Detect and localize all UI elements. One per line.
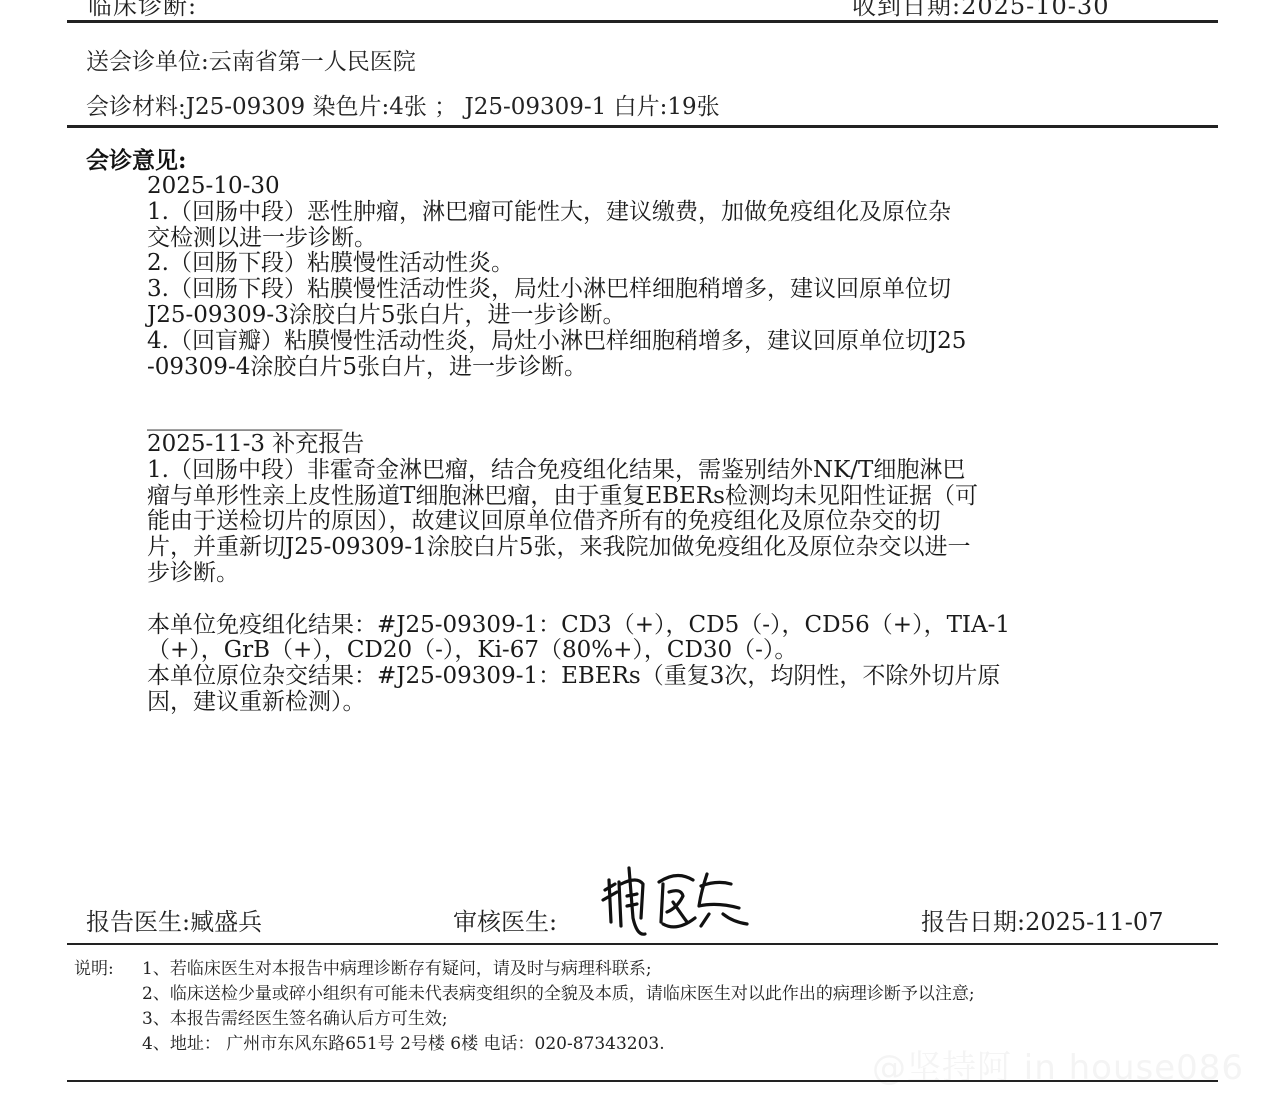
notes-section: 说明:1、若临床医生对本报告中病理诊断存有疑问，请及时与病理科联系; 2、临床送… bbox=[74, 957, 975, 1057]
report-separator: _________________ bbox=[147, 406, 1147, 432]
reviewing-doctor-label: 审核医生: bbox=[453, 902, 557, 937]
note-item: 3、本报告需经医生签名确认后方可生效; bbox=[142, 1009, 448, 1029]
note-item: 1、若临床医生对本报告中病理诊断存有疑问，请及时与病理科联系; bbox=[142, 959, 652, 979]
received-date: 收到日期:2025-10-30 bbox=[852, 0, 1109, 21]
report-date: 报告日期:2025-11-07 bbox=[921, 902, 1163, 937]
sending-unit: 送会诊单位:云南省第一人民医院 bbox=[86, 43, 416, 76]
clinical-diagnosis-label: 临床诊断: bbox=[88, 0, 197, 21]
blank-line bbox=[147, 380, 1147, 406]
initial-report-line: J25-09309-3涂胶白片5张白片，进一步诊断。 bbox=[147, 303, 1147, 329]
ish-result-line: 因，建议重新检测）。 bbox=[147, 690, 1147, 716]
blank-line bbox=[147, 587, 1147, 613]
initial-report-line: 1.（回肠中段）恶性肿瘤，淋巴瘤可能性大，建议缴费，加做免疫组化及原位杂 bbox=[147, 200, 1147, 226]
supplementary-report-line: 步诊断。 bbox=[147, 561, 1147, 587]
notes-label: 说明: bbox=[74, 957, 142, 982]
initial-report-line: 4.（回盲瓣）粘膜慢性活动性炎，局灶小淋巴样细胞稍增多，建议回原单位切J25 bbox=[147, 329, 1147, 355]
initial-report-line: 3.（回肠下段）粘膜慢性活动性炎，局灶小淋巴样细胞稍增多，建议回原单位切 bbox=[147, 277, 1147, 303]
ihc-result-line: 本单位免疫组化结果：#J25-09309-1：CD3（+），CD5（-），CD5… bbox=[147, 613, 1147, 639]
ihc-result-line: （+），GrB（+），CD20（-），Ki-67（80%+），CD30（-）。 bbox=[147, 638, 1147, 664]
opinion-title: 会诊意见: bbox=[86, 142, 187, 175]
footer-divider bbox=[67, 1080, 1218, 1082]
supplementary-report-line: 瘤与单形性亲上皮性肠道T细胞淋巴瘤，由于重复EBERs检测均未见阳性证据（可 bbox=[147, 484, 1147, 510]
initial-report-date: 2025-10-30 bbox=[147, 174, 1147, 200]
handwritten-signature-icon bbox=[597, 862, 757, 942]
initial-report-line: 2.（回肠下段）粘膜慢性活动性炎。 bbox=[147, 251, 1147, 277]
reporting-doctor: 报告医生:臧盛兵 bbox=[86, 902, 262, 937]
note-item: 4、地址： 广州市东风东路651号 2号楼 6楼 电话：020-87343203… bbox=[142, 1034, 665, 1054]
ish-result-line: 本单位原位杂交结果：#J25-09309-1：EBERs（重复3次，均阴性，不除… bbox=[147, 664, 1147, 690]
supplementary-report-line: 片，并重新切J25-09309-1涂胶白片5张，来我院加做免疫组化及原位杂交以进… bbox=[147, 535, 1147, 561]
consult-materials: 会诊材料:J25-09309 染色片:4张 ； J25-09309-1 白片:1… bbox=[86, 88, 720, 121]
initial-report-line: -09309-4涂胶白片5张白片，进一步诊断。 bbox=[147, 355, 1147, 381]
info-divider bbox=[67, 125, 1218, 128]
initial-report-line: 交检测以进一步诊断。 bbox=[147, 226, 1147, 252]
supplementary-report-line: 能由于送检切片的原因），故建议回原单位借齐所有的免疫组化及原位杂交的切 bbox=[147, 509, 1147, 535]
signature-divider bbox=[67, 943, 1218, 945]
header-divider bbox=[67, 20, 1218, 23]
note-item: 2、临床送检少量或碎小组织有可能未代表病变组织的全貌及本质，请临床医生对以此作出… bbox=[142, 984, 975, 1004]
opinion-body: 2025-10-30 1.（回肠中段）恶性肿瘤，淋巴瘤可能性大，建议缴费，加做免… bbox=[147, 174, 1147, 716]
supplementary-report-heading: 2025-11-3 补充报告 bbox=[147, 432, 1147, 458]
supplementary-report-line: 1.（回肠中段）非霍奇金淋巴瘤，结合免疫组化结果，需鉴别结外NK/T细胞淋巴 bbox=[147, 458, 1147, 484]
